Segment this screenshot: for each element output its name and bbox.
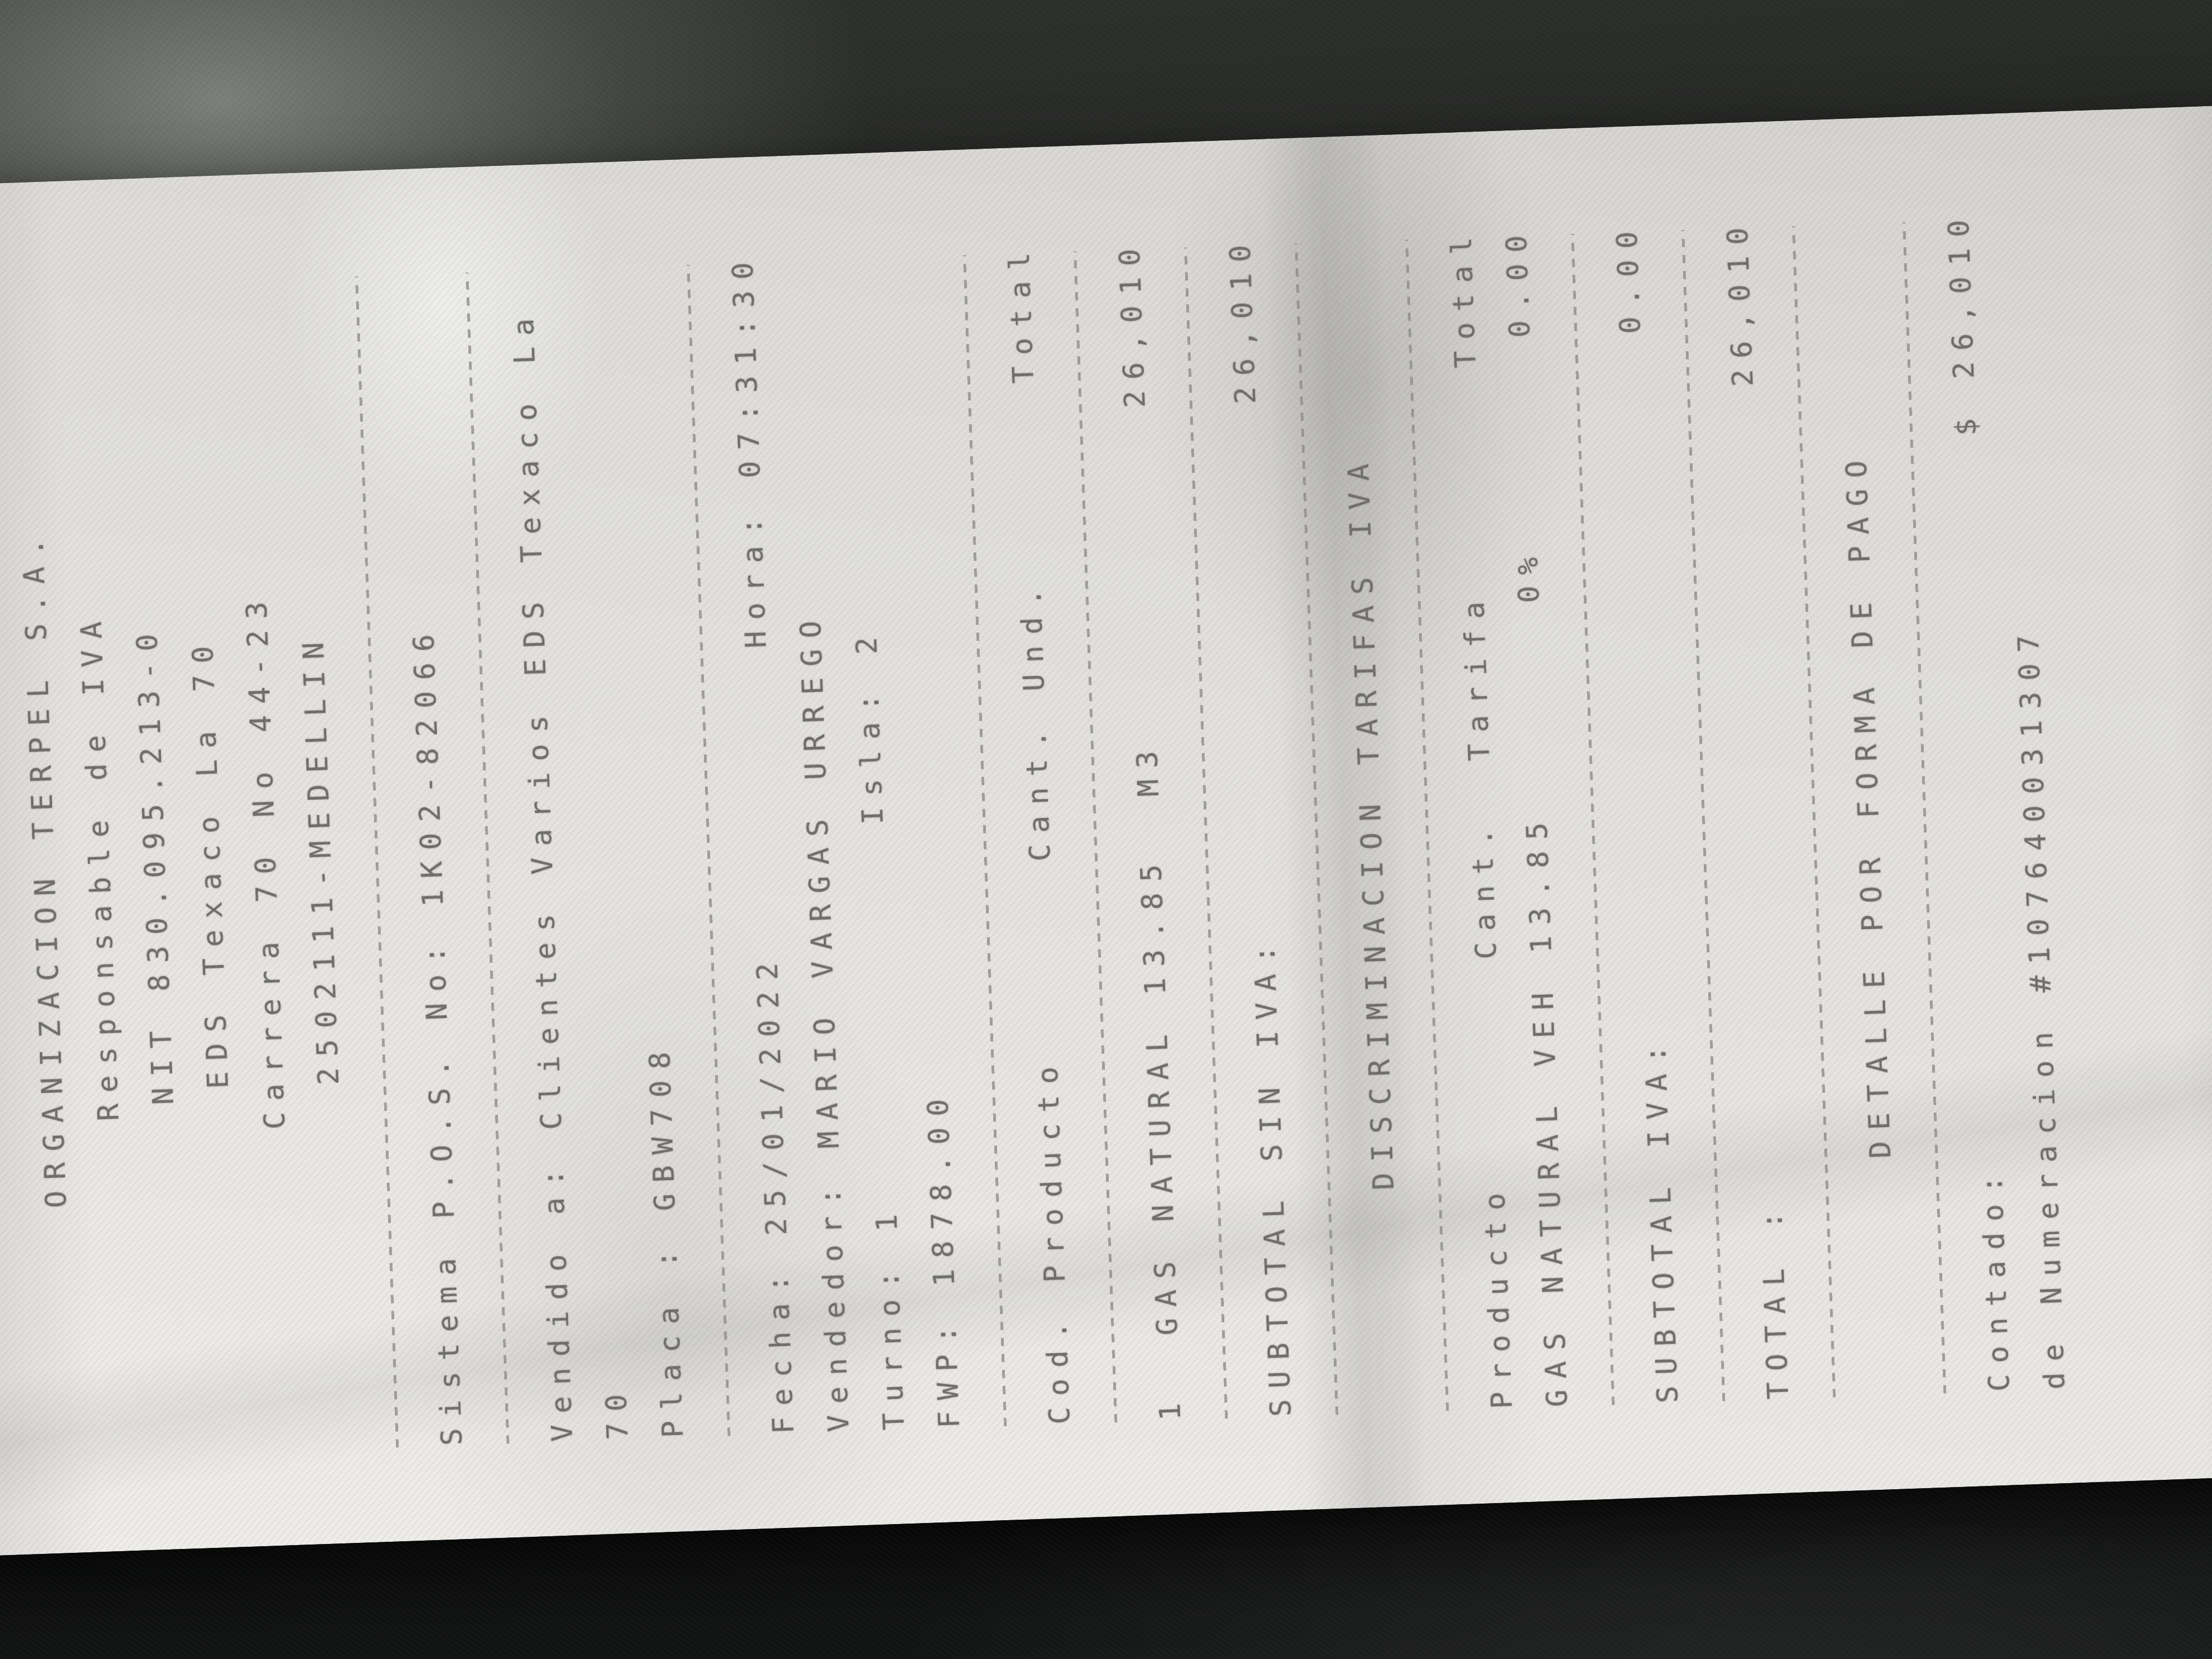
receipt-text: Turno: 1: [859, 1202, 922, 1431]
receipt-text: 0%: [1500, 545, 1558, 604]
receipt-text: 26,010: [1710, 216, 1771, 388]
receipt-text: 70: [588, 1382, 646, 1441]
photo-background: ORGANIZACION TERPEL S.A.Responsable de I…: [0, 0, 2212, 1659]
receipt-text: Total: [1433, 225, 1494, 369]
receipt-text: 0.00: [1599, 220, 1658, 335]
receipt-text: 0.00: [1489, 223, 1548, 339]
receipt-text: Isla: 2: [839, 625, 901, 825]
receipt-text: $ 26,010: [1931, 208, 1994, 437]
receipt-text: 26,010: [1102, 237, 1164, 409]
receipt-text: Contado:: [1964, 1164, 2027, 1392]
receipt-text: Producto: [1467, 1181, 1530, 1410]
receipt-text: FWP: 1878.00: [910, 1087, 977, 1430]
receipt-text: Total: [992, 241, 1052, 384]
receipt-text: TOTAL :: [1744, 1200, 1806, 1400]
receipt-content: ORGANIZACION TERPEL S.A.Responsable de I…: [0, 111, 2130, 1557]
receipt-text: 26,010: [1213, 233, 1274, 405]
receipt-paper: ORGANIZACION TERPEL S.A.Responsable de I…: [0, 102, 2212, 1557]
receipt-text: Cant. Und.: [1003, 577, 1068, 862]
